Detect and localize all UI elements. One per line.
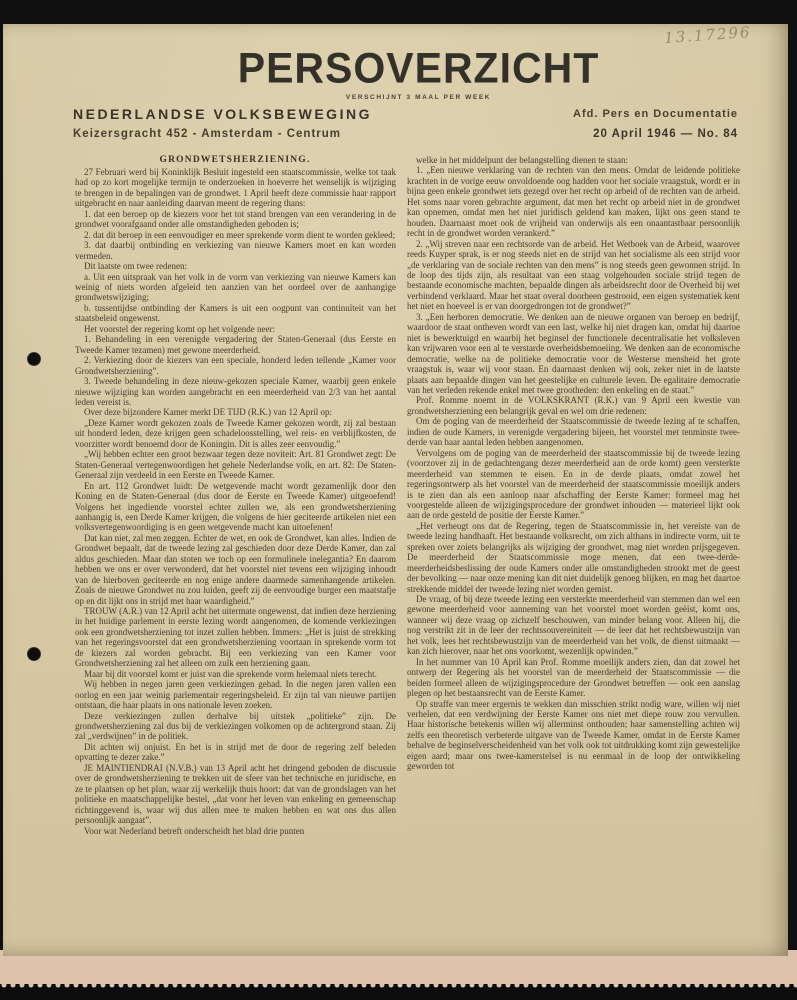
punch-hole-top	[27, 352, 41, 366]
perforated-edge	[0, 984, 797, 1000]
paragraph: Wij hebben in negen jaren geen verkiezin…	[75, 679, 396, 710]
paragraph: 27 Februari werd bij Koninklijk Besluit …	[75, 167, 396, 209]
masthead: PERSOVERZICHT VERSCHIJNT 3 MAAL PER WEEK	[3, 48, 788, 101]
paragraph: Dat kan niet, zal men zeggen. Echter de …	[75, 533, 396, 606]
paragraph: „Het verheugt ons dat de Regering, tegen…	[407, 521, 740, 594]
paragraph: Op straffe van meer ergernis te wekken d…	[407, 699, 740, 772]
organization-block: NEDERLANDSE VOLKSBEWEGING Keizersgracht …	[73, 106, 372, 140]
paragraph: De vraag, of bij deze tweede lezing een …	[407, 594, 740, 657]
paragraph: In het nummer van 10 April kan Prof. Rom…	[407, 657, 740, 699]
paragraph: 2. Verkiezing door de kiezers van een sp…	[75, 355, 396, 376]
paragraph: Vervolgens om de poging van de meerderhe…	[407, 448, 740, 521]
article-heading: GRONDWETSHERZIENING.	[75, 155, 395, 165]
organization-name: NEDERLANDSE VOLKSBEWEGING	[73, 106, 372, 122]
paragraph: „Wij hebben echter een groot bezwaar teg…	[75, 449, 396, 480]
paragraph: 3. Tweede behandeling in deze nieuw-geko…	[75, 376, 396, 407]
issue-date-number: 20 April 1946 — No. 84	[573, 128, 738, 140]
organization-address: Keizersgracht 452 - Amsterdam - Centrum	[73, 128, 372, 140]
paragraph: JE MAINTIENDRAI (N.V.B.) van 13 April ac…	[75, 763, 396, 826]
paragraph: 2. „Wij streven naar een rechtsorde van …	[407, 239, 740, 312]
issue-block: Afd. Pers en Documentatie 20 April 1946 …	[573, 108, 738, 140]
paragraph: Dit laatste om twee redenen:	[75, 261, 396, 271]
paragraph: a. Uit een uitspraak van het volk in de …	[75, 272, 396, 303]
paragraph: Om de poging van de meerderheid der Staa…	[407, 416, 740, 447]
paragraph: 3. „Een herboren democratie. We denken a…	[407, 312, 740, 396]
paragraph: 1. „Een nieuwe verklaring van de rechten…	[407, 165, 740, 238]
paragraph: „Deze Kamer wordt gekozen zoals de Tweed…	[75, 418, 396, 449]
paragraph: Prof. Romme noemt in de VOLKSKRANT (R.K.…	[407, 395, 740, 416]
paragraph: Maar bij dit voorstel komt er juist van …	[75, 669, 396, 679]
paragraph: Dit achten wij onjuist. En het is in str…	[75, 742, 396, 763]
paragraph: 2. dat dit beroep in een eenvoudiger en …	[75, 230, 396, 240]
masthead-subtitle: VERSCHIJNT 3 MAAL PER WEEK	[49, 94, 788, 101]
left-column: 27 Februari werd bij Koninklijk Besluit …	[75, 167, 396, 967]
paragraph: welke in het middelpunt der belangstelli…	[407, 155, 740, 165]
paragraph: Voor wat Nederland betreft onderscheidt …	[75, 826, 396, 836]
paragraph: 1. Behandeling in een verenigde vergader…	[75, 334, 396, 355]
paragraph: Het voorstel der regering komt op het vo…	[75, 324, 396, 334]
department-label: Afd. Pers en Documentatie	[573, 108, 738, 120]
punch-hole-bottom	[27, 647, 41, 661]
handwritten-accession-number: 13.17296	[664, 23, 753, 47]
paragraph: 3. dat daarbij ontbinding en verkiezing …	[75, 240, 396, 261]
document-page: 13.17296 PERSOVERZICHT VERSCHIJNT 3 MAAL…	[3, 24, 788, 956]
paragraph: b. tussentijdse ontbinding der Kamers is…	[75, 303, 396, 324]
paragraph: Over deze bijzondere Kamer merkt DE TIJD…	[75, 407, 396, 417]
right-column: welke in het middelpunt der belangstelli…	[407, 155, 740, 967]
paragraph: 1. dat een beroep op de kiezers voor het…	[75, 209, 396, 230]
page-title: PERSOVERZICHT	[49, 47, 788, 90]
paragraph: Deze verkiezingen zullen derhalve bij ui…	[75, 711, 396, 742]
paragraph: En art. 112 Grondwet luidt: De wetgevend…	[75, 481, 396, 533]
paragraph: TROUW (A.R.) van 12 April acht het uiter…	[75, 606, 396, 669]
